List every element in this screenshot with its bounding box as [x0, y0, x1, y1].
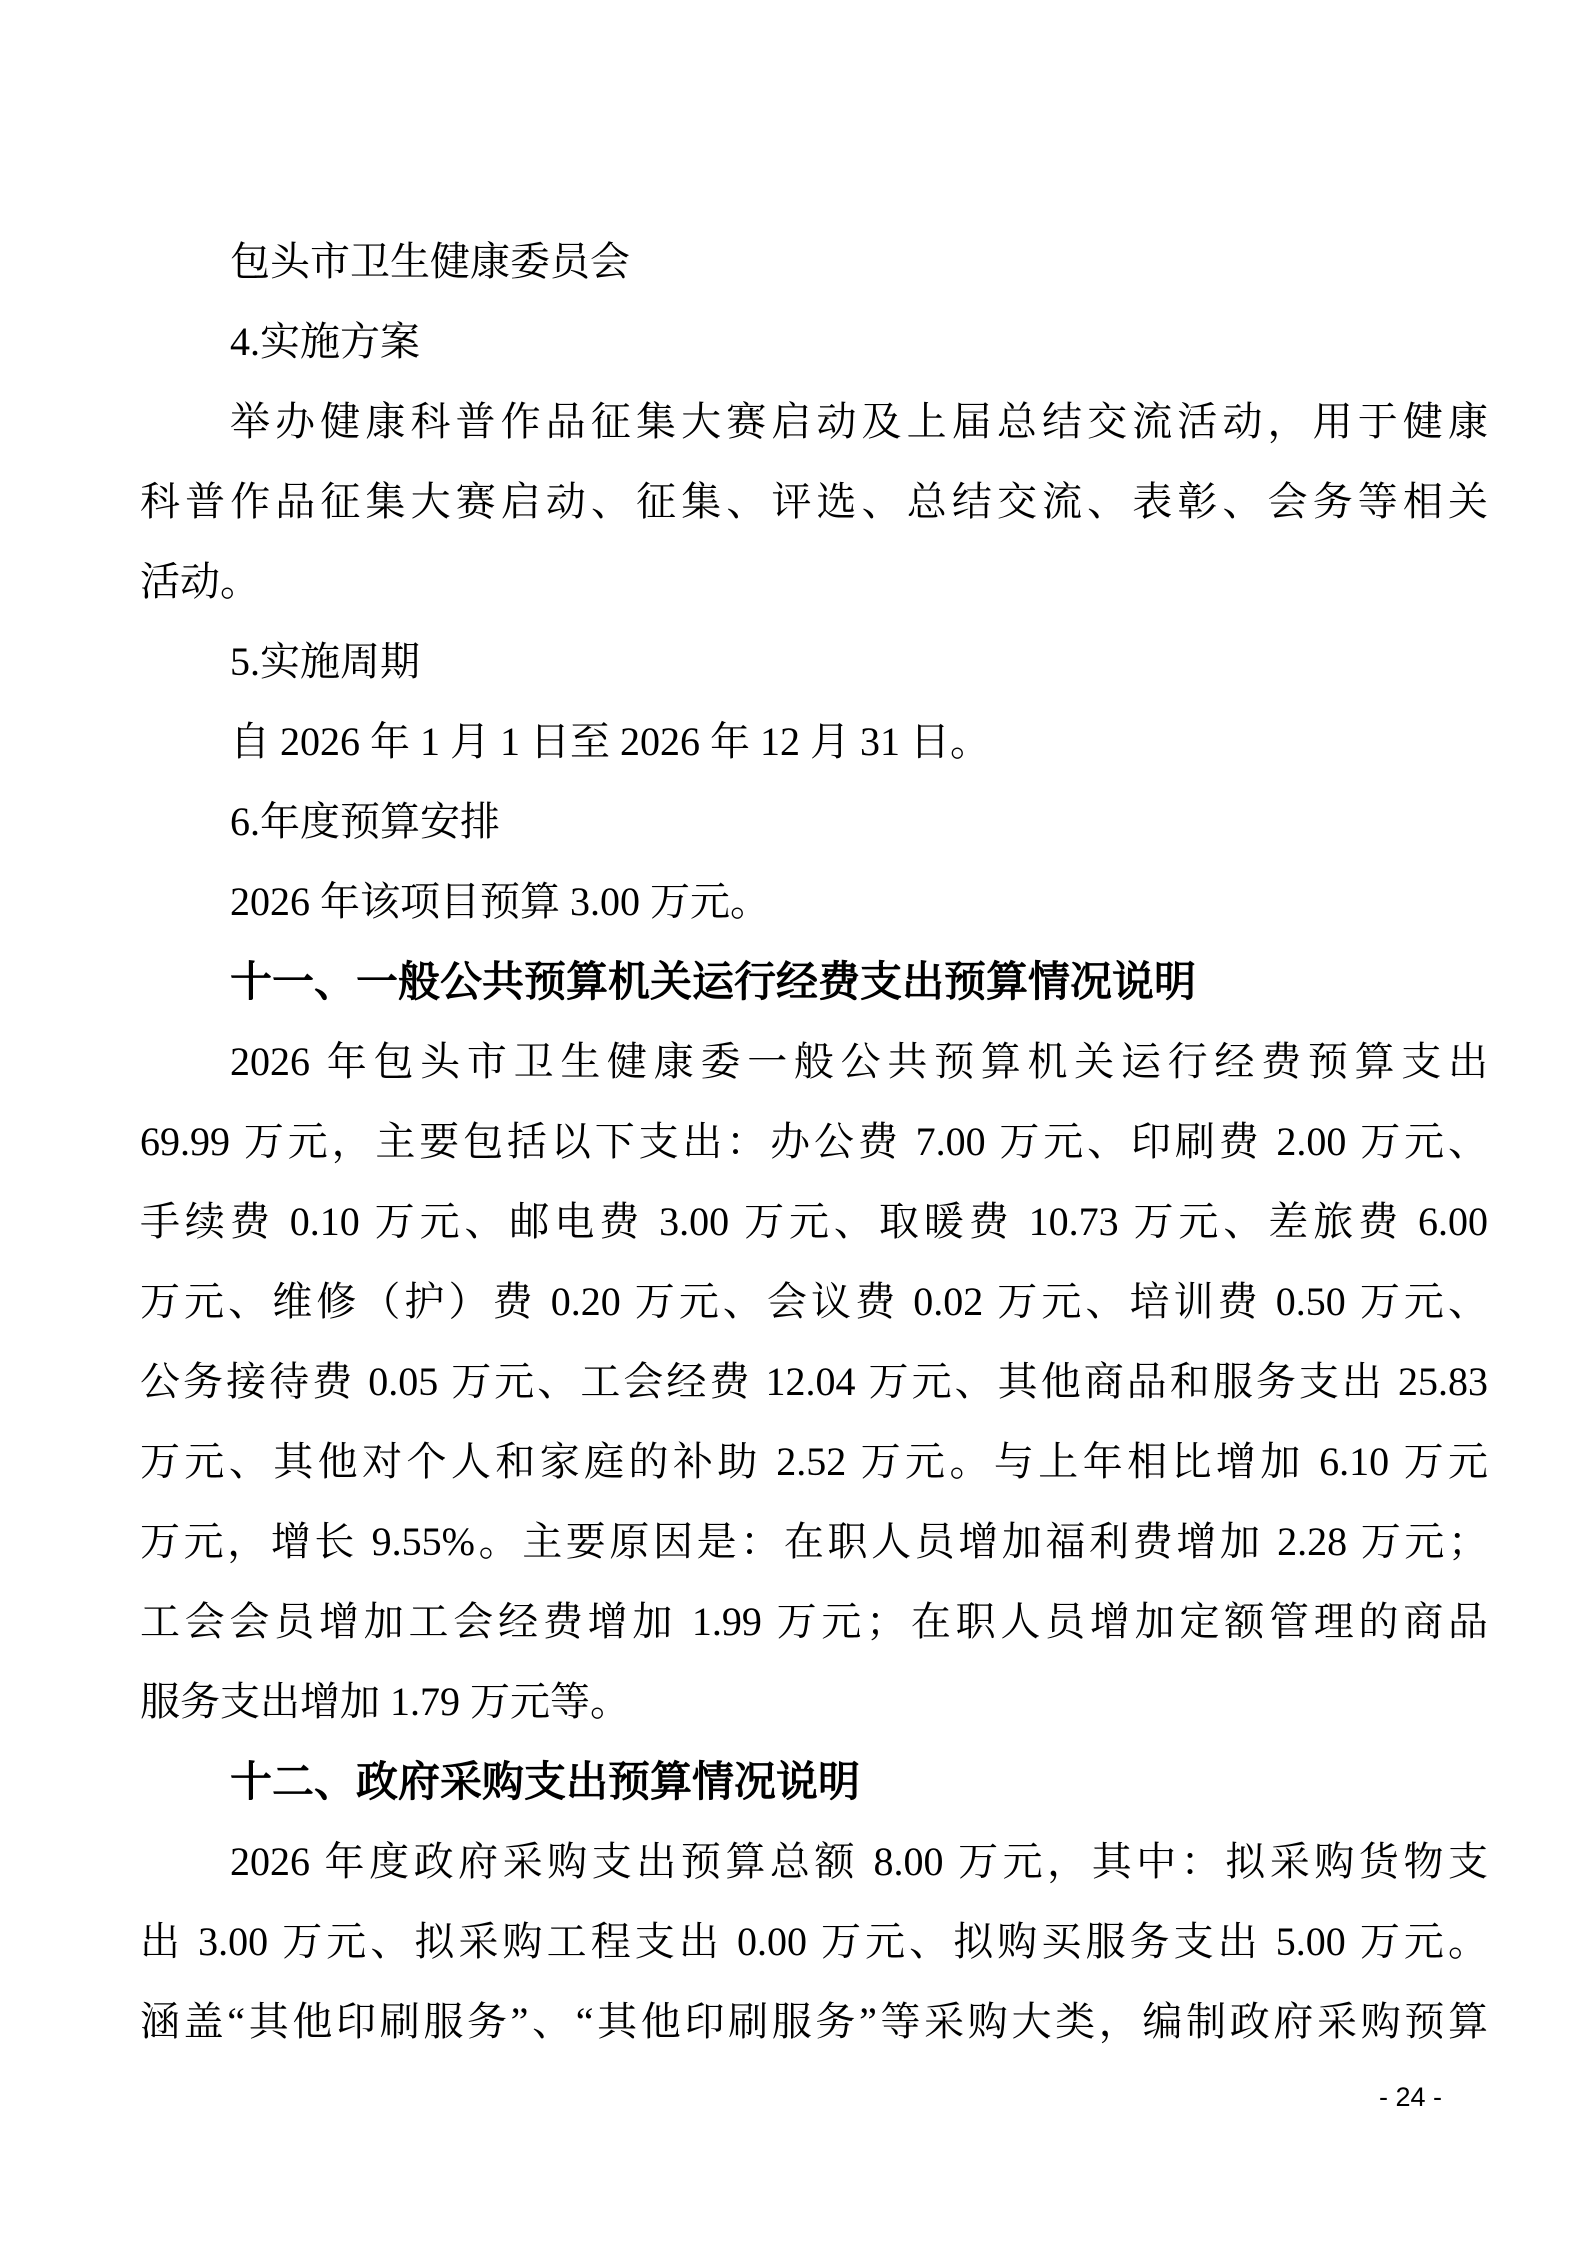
text-line: 万元、其他对个人和家庭的补助 2.52 万元。与上年相比增加 6.10 万元 — [140, 1422, 1488, 1502]
text-line: 包头市卫生健康委员会 — [140, 222, 1488, 302]
document-body: 包头市卫生健康委员会4.实施方案举办健康科普作品征集大赛启动及上届总结交流活动，… — [140, 222, 1488, 2062]
paragraph: 2026 年该项目预算 3.00 万元。 — [140, 862, 1488, 942]
paragraph: 包头市卫生健康委员会 — [140, 222, 1488, 302]
text-line: 公务接待费 0.05 万元、工会经费 12.04 万元、其他商品和服务支出 25… — [140, 1342, 1488, 1422]
text-line: 自 2026 年 1 月 1 日至 2026 年 12 月 31 日。 — [140, 702, 1488, 782]
paragraph: 6.年度预算安排 — [140, 782, 1488, 862]
section-heading: 十一、一般公共预算机关运行经费支出预算情况说明 — [140, 942, 1488, 1022]
text-line: 2026 年包头市卫生健康委一般公共预算机关运行经费预算支出 — [140, 1022, 1488, 1102]
text-line: 活动。 — [140, 542, 1488, 622]
text-line: 出 3.00 万元、拟采购工程支出 0.00 万元、拟购买服务支出 5.00 万… — [140, 1902, 1488, 1982]
paragraph: 4.实施方案 — [140, 302, 1488, 382]
text-line: 万元、维修（护）费 0.20 万元、会议费 0.02 万元、培训费 0.50 万… — [140, 1262, 1488, 1342]
text-line: 2026 年该项目预算 3.00 万元。 — [140, 862, 1488, 942]
text-line: 工会会员增加工会经费增加 1.99 万元；在职人员增加定额管理的商品 — [140, 1582, 1488, 1662]
page-number: - 24 - — [1379, 2082, 1442, 2112]
text-line: 服务支出增加 1.79 万元等。 — [140, 1662, 1488, 1742]
paragraph: 5.实施周期 — [140, 622, 1488, 702]
text-line: 5.实施周期 — [140, 622, 1488, 702]
text-line: 十一、一般公共预算机关运行经费支出预算情况说明 — [140, 942, 1488, 1022]
text-line: 举办健康科普作品征集大赛启动及上届总结交流活动，用于健康 — [140, 382, 1488, 462]
text-line: 4.实施方案 — [140, 302, 1488, 382]
text-line: 2026 年度政府采购支出预算总额 8.00 万元，其中：拟采购货物支 — [140, 1822, 1488, 1902]
paragraph: 自 2026 年 1 月 1 日至 2026 年 12 月 31 日。 — [140, 702, 1488, 782]
section-heading: 十二、政府采购支出预算情况说明 — [140, 1742, 1488, 1822]
text-line: 十二、政府采购支出预算情况说明 — [140, 1742, 1488, 1822]
text-line: 6.年度预算安排 — [140, 782, 1488, 862]
text-line: 69.99 万元，主要包括以下支出：办公费 7.00 万元、印刷费 2.00 万… — [140, 1102, 1488, 1182]
text-line: 万元，增长 9.55%。主要原因是：在职人员增加福利费增加 2.28 万元； — [140, 1502, 1488, 1582]
text-line: 手续费 0.10 万元、邮电费 3.00 万元、取暖费 10.73 万元、差旅费… — [140, 1182, 1488, 1262]
text-line: 科普作品征集大赛启动、征集、评选、总结交流、表彰、会务等相关 — [140, 462, 1488, 542]
paragraph: 举办健康科普作品征集大赛启动及上届总结交流活动，用于健康科普作品征集大赛启动、征… — [140, 382, 1488, 622]
paragraph: 2026 年度政府采购支出预算总额 8.00 万元，其中：拟采购货物支出 3.0… — [140, 1822, 1488, 2062]
text-line: 涵盖“其他印刷服务”、“其他印刷服务”等采购大类，编制政府采购预算 — [140, 1982, 1488, 2062]
document-page: 包头市卫生健康委员会4.实施方案举办健康科普作品征集大赛启动及上届总结交流活动，… — [0, 0, 1588, 2245]
paragraph: 2026 年包头市卫生健康委一般公共预算机关运行经费预算支出69.99 万元，主… — [140, 1022, 1488, 1742]
